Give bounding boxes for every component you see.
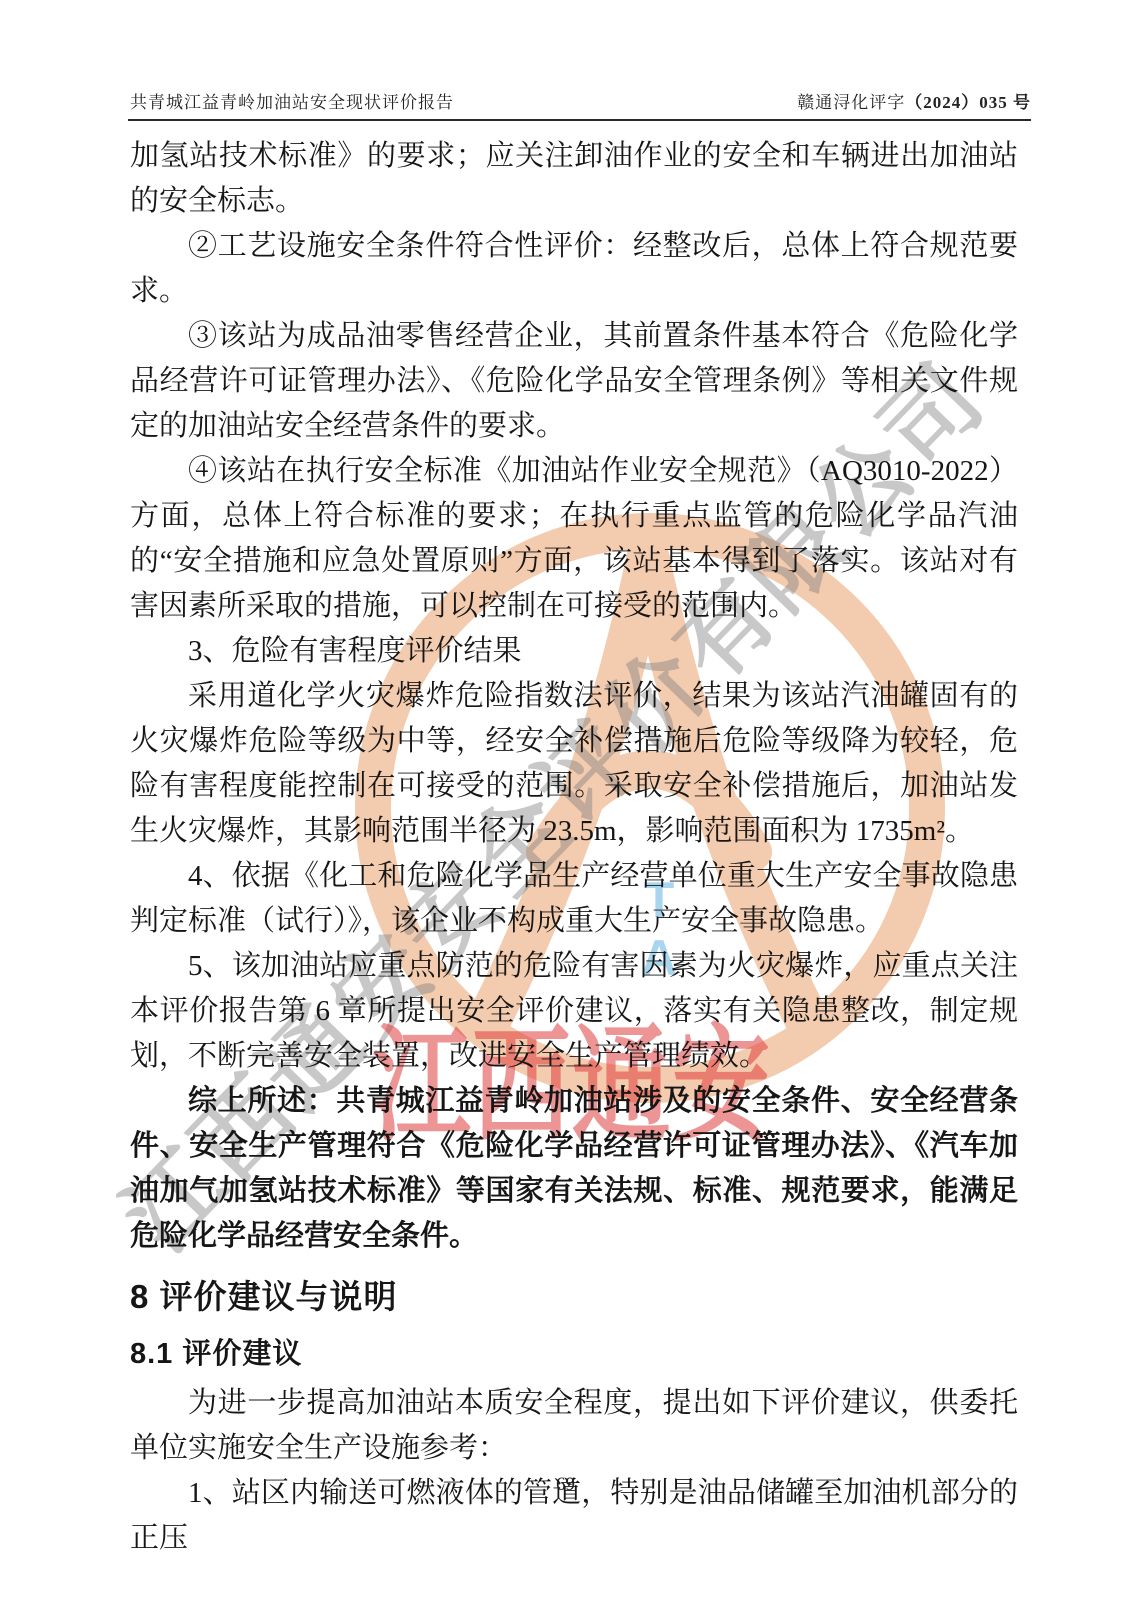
paragraph: 3、危险有害程度评价结果 [130,629,1018,674]
document-body: 加氢站技术标准》的要求；应关注卸油作业的安全和车辆进出加油站的安全标志。 ②工艺… [130,134,1018,1561]
header-doc-serial: （2024）035 号 [905,93,1031,112]
section-heading: 8 评价建议与说明 [130,1273,1018,1321]
paragraph: ②工艺设施安全条件符合性评价：经整改后，总体上符合规范要求。 [130,224,1018,314]
paragraph: 4、依据《化工和危险化学品生产经营单位重大生产安全事故隐患判定标准（试行）》，该… [130,854,1018,944]
paragraph: 采用道化学火灾爆炸危险指数法评价，结果为该站汽油罐固有的火灾爆炸危险等级为中等，… [130,674,1018,854]
summary-paragraph: 综上所述：共青城江益青岭加油站涉及的安全条件、安全经营条件、安全生产管理符合《危… [130,1079,1018,1259]
paragraph: 5、该加油站应重点防范的危险有害因素为火灾爆炸，应重点关注本评价报告第 6 章所… [130,944,1018,1079]
report-page: 江西通安安全评价有限公司 TA 江西通安 共青城江益青岭加油站安全现状评价报告 … [0,0,1131,1600]
paragraph: 为进一步提高加油站本质安全程度，提出如下评价建议，供委托单位实施安全生产设施参考… [130,1381,1018,1471]
header-rule [128,119,1031,121]
paragraph: ③该站为成品油零售经营企业，其前置条件基本符合《危险化学品经营许可证管理办法》、… [130,314,1018,449]
paragraph: 加氢站技术标准》的要求；应关注卸油作业的安全和车辆进出加油站的安全标志。 [130,134,1018,224]
subsection-heading: 8.1 评价建议 [130,1333,1018,1375]
page-number: 69 [0,1474,1131,1496]
header-doc-prefix: 赣通浔化评字 [797,93,905,112]
paragraph: ④该站在执行安全标准《加油站作业安全规范》（AQ3010-2022）方面，总体上… [130,449,1018,629]
header-doc-number: 赣通浔化评字（2024）035 号 [797,88,1031,113]
header-report-title: 共青城江益青岭加油站安全现状评价报告 [130,88,454,113]
